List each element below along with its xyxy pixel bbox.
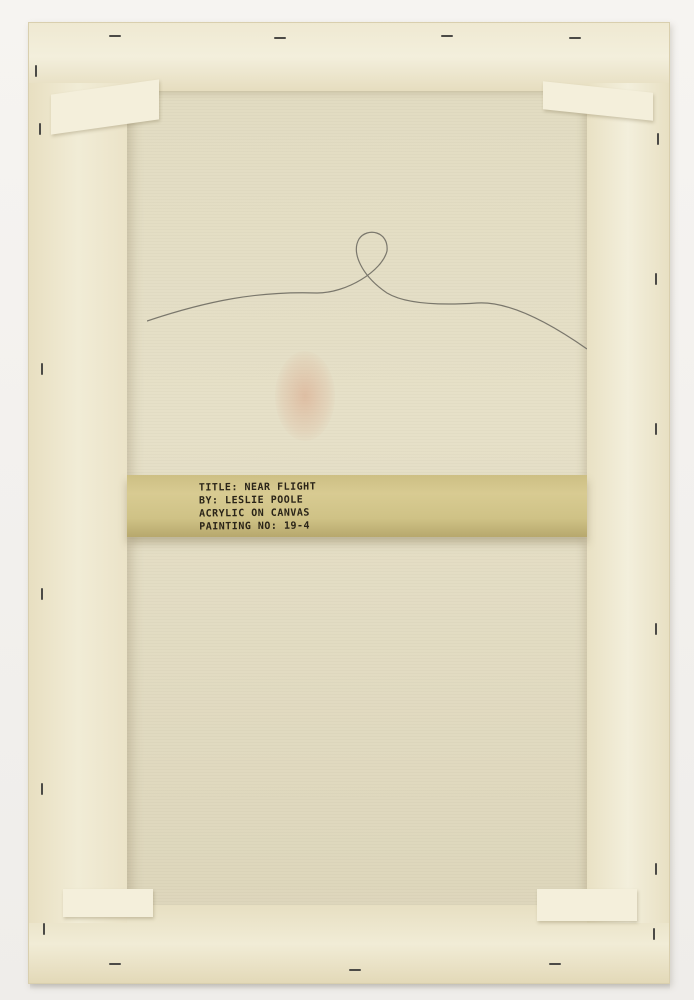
corner-flap-bottom-right bbox=[537, 889, 637, 921]
staple-icon bbox=[657, 133, 659, 145]
label-title: TITLE: NEAR FLIGHT bbox=[199, 480, 316, 494]
label-artist: BY: LESLIE POOLE bbox=[199, 493, 316, 507]
staple-icon bbox=[655, 423, 657, 435]
artwork-label: TITLE: NEAR FLIGHT BY: LESLIE POOLE ACRY… bbox=[199, 480, 317, 533]
staple-icon bbox=[109, 35, 121, 37]
staple-icon bbox=[569, 37, 581, 39]
canvas-fold-left bbox=[29, 83, 127, 923]
staple-icon bbox=[655, 273, 657, 285]
staple-icon bbox=[35, 65, 37, 77]
staple-icon bbox=[653, 928, 655, 940]
canvas-fold-top bbox=[29, 23, 669, 91]
staple-icon bbox=[39, 123, 41, 135]
label-painting-number: PAINTING NO: 19-4 bbox=[199, 519, 316, 533]
canvas-fold-right bbox=[587, 83, 669, 923]
canvas-back-frame: TITLE: NEAR FLIGHT BY: LESLIE POOLE ACRY… bbox=[28, 22, 670, 984]
staple-icon bbox=[109, 963, 121, 965]
staple-icon bbox=[274, 37, 286, 39]
staple-icon bbox=[655, 863, 657, 875]
staple-icon bbox=[41, 363, 43, 375]
staple-icon bbox=[441, 35, 453, 37]
staple-icon bbox=[349, 969, 361, 971]
corner-flap-bottom-left bbox=[63, 889, 153, 917]
hanging-wire bbox=[147, 231, 587, 371]
label-medium: ACRYLIC ON CANVAS bbox=[199, 506, 316, 520]
staple-icon bbox=[41, 588, 43, 600]
staple-icon bbox=[655, 623, 657, 635]
staple-icon bbox=[41, 783, 43, 795]
staple-icon bbox=[43, 923, 45, 935]
stretcher-crossbar: TITLE: NEAR FLIGHT BY: LESLIE POOLE ACRY… bbox=[127, 475, 587, 537]
staple-icon bbox=[549, 963, 561, 965]
